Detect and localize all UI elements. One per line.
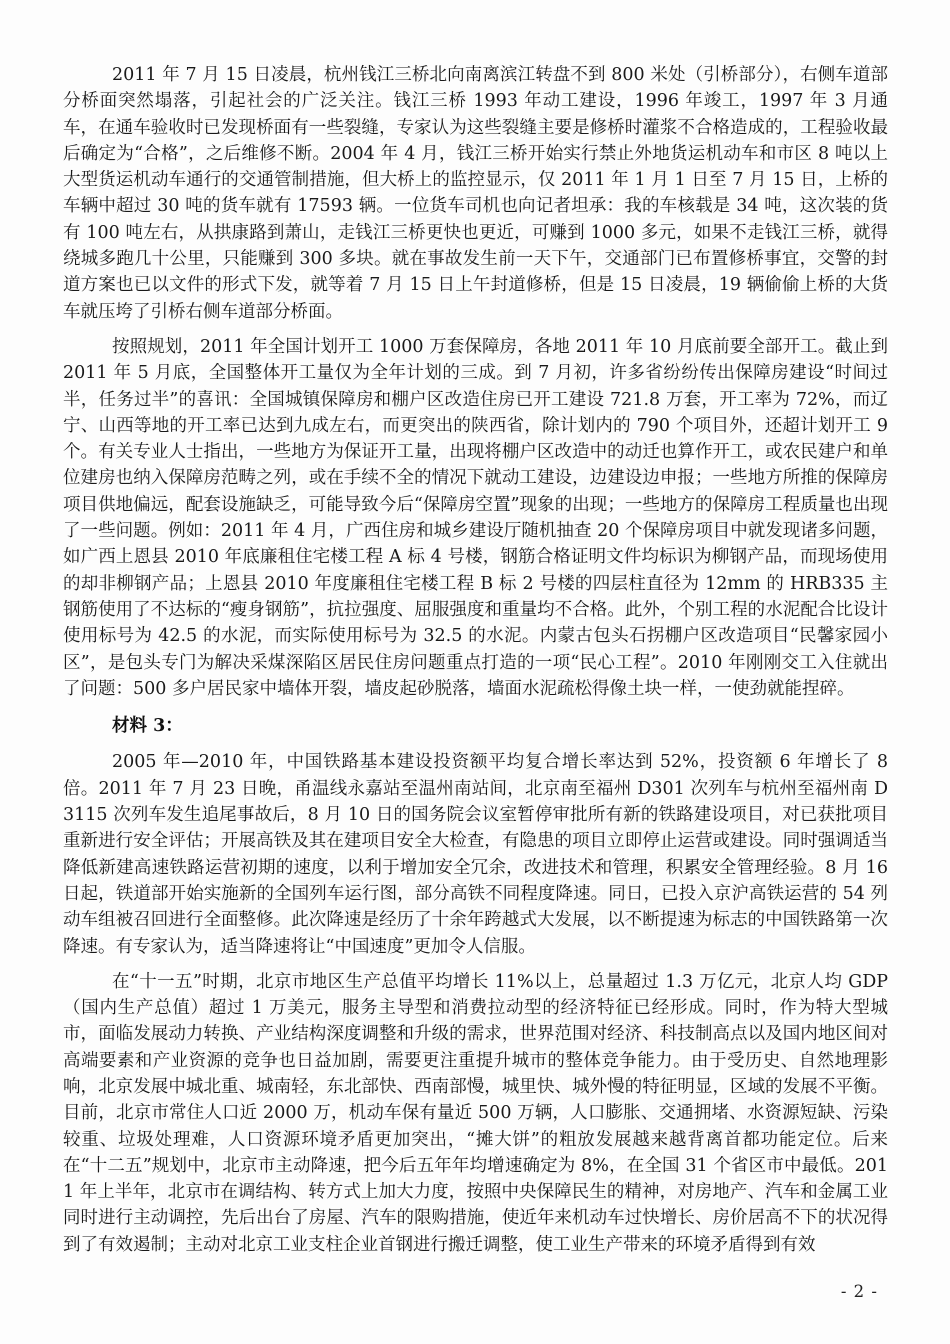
paragraph-beijing-development: 在“十一五”时期，北京市地区生产总值平均增长 11%以上，总量超过 1.3 万亿… xyxy=(63,969,888,1258)
paragraph-qianjiang-bridge-collapse: 2011 年 7 月 15 日凌晨，杭州钱江三桥北向南离滨江转盘不到 800 米… xyxy=(63,62,888,325)
document-page: 2011 年 7 月 15 日凌晨，杭州钱江三桥北向南离滨江转盘不到 800 米… xyxy=(0,0,950,1344)
page-number: - 2 - xyxy=(841,1282,878,1302)
heading-material-3: 材料 3： xyxy=(63,713,888,739)
document-body: 2011 年 7 月 15 日凌晨，杭州钱江三桥北向南离滨江转盘不到 800 米… xyxy=(63,62,888,1267)
paragraph-affordable-housing: 按照规划，2011 年全国计划开工 1000 万套保障房，各地 2011 年 1… xyxy=(63,334,888,702)
paragraph-railway-investment-speed: 2005 年—2010 年，中国铁路基本建设投资额平均复合增长率达到 52%，投… xyxy=(63,749,888,959)
